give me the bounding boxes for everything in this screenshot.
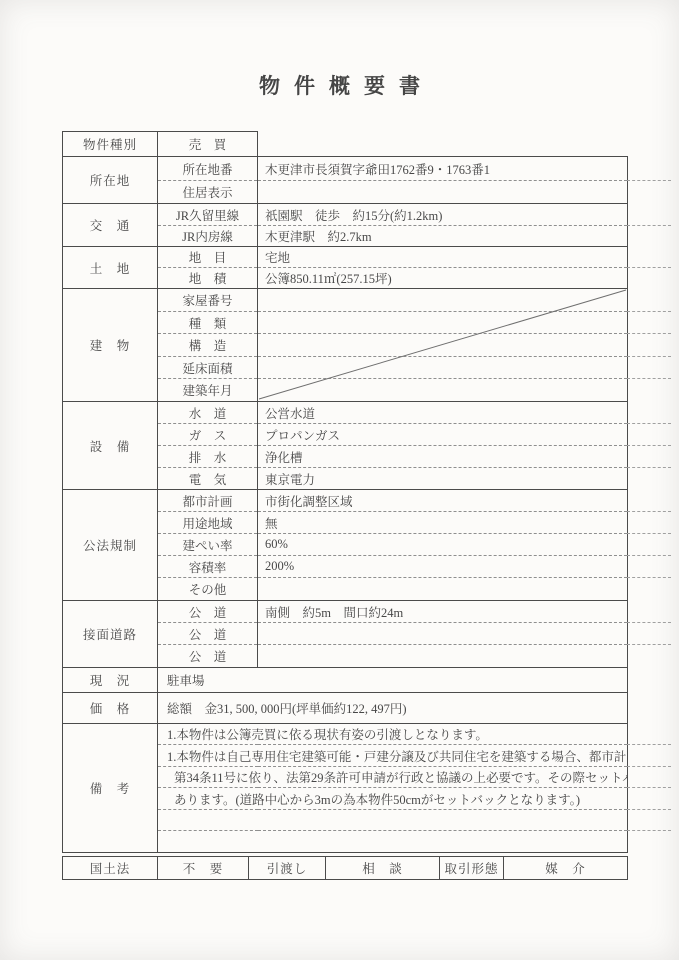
- sub-label-cell: 容積率: [158, 556, 258, 578]
- footer-table: 国土法 不 要 引渡し 相 談 取引形態 媒 介: [62, 856, 628, 880]
- sub-label-cell: 所在地番: [158, 157, 258, 181]
- sub-label-cell: 地 積: [158, 268, 258, 289]
- group-label-cell: 土 地: [63, 247, 158, 289]
- dashed-line-overrun: [627, 830, 671, 831]
- dashed-line-overrun: [627, 311, 671, 312]
- group-label-cell: 建 物: [63, 289, 158, 402]
- dashed-line-overrun: [627, 467, 671, 468]
- dashed-line-overrun: [627, 744, 671, 745]
- dashed-line-overrun: [627, 766, 671, 767]
- table-row: 土 地 地 目 宅地: [63, 247, 628, 268]
- value-cell: [258, 312, 628, 334]
- group-label-cell: 備 考: [63, 724, 158, 853]
- table-row: 交 通 JR久留里線 祇園駅 徒歩 約15分(約1.2km): [63, 204, 628, 226]
- dashed-line-overrun: [627, 378, 671, 379]
- value-cell: 木更津駅 約2.7km: [258, 226, 628, 247]
- sub-label-cell: 家屋番号: [158, 289, 258, 312]
- value-cell: [258, 623, 628, 645]
- dashed-line-overrun: [627, 333, 671, 334]
- sub-label-cell: 公 道: [158, 623, 258, 645]
- dashed-line-overrun: [627, 225, 671, 226]
- dashed-line-overrun: [627, 180, 671, 181]
- group-label-cell: 現 況: [63, 668, 158, 693]
- footer-cell-torihikikeitai: 取引形態: [440, 857, 504, 880]
- value-cell: 南側 約5m 間口約24m: [258, 601, 628, 623]
- value-cell: あります。(道路中心から3mの為本物件50cmがセットバックとなります。): [158, 788, 628, 810]
- dashed-line-overrun: [627, 445, 671, 446]
- sub-label-cell: 延床面積: [158, 357, 258, 379]
- value-cell: 駐車場: [158, 668, 628, 693]
- value-cell: 公簿850.11㎡(257.15坪): [258, 268, 628, 289]
- footer-cell-fuyo: 不 要: [158, 857, 249, 880]
- group-label-cell: 価 格: [63, 693, 158, 724]
- sub-label-cell: 種 類: [158, 312, 258, 334]
- dashed-line-overrun: [627, 787, 671, 788]
- group-label-cell: 設 備: [63, 402, 158, 490]
- sub-label-cell: 公 道: [158, 645, 258, 668]
- table-row: 物件種別 売 買: [63, 132, 628, 157]
- value-cell: 祇園駅 徒歩 約15分(約1.2km): [258, 204, 628, 226]
- dashed-line-overrun: [627, 809, 671, 810]
- footer-cell-sodan: 相 談: [326, 857, 440, 880]
- table-row: 現 況 駐車場: [63, 668, 628, 693]
- sub-label-cell: JR内房線: [158, 226, 258, 247]
- dashed-line-overrun: [627, 511, 671, 512]
- group-label-cell: 公法規制: [63, 490, 158, 601]
- value-cell: 木更津市長須賀字爺田1762番9・1763番1: [258, 157, 628, 181]
- group-label-cell: 物件種別: [63, 132, 158, 157]
- sub-label-cell: 公 道: [158, 601, 258, 623]
- footer-cell-hikiwatashi: 引渡し: [249, 857, 326, 880]
- dashed-line-overrun: [627, 356, 671, 357]
- value-cell: 宅地: [258, 247, 628, 268]
- sub-label-cell: 都市計画: [158, 490, 258, 512]
- table-row: 設 備 水 道 公営水道: [63, 402, 628, 424]
- sub-label-cell: 構 造: [158, 334, 258, 357]
- dashed-line-overrun: [627, 644, 671, 645]
- sub-label-cell: 地 目: [158, 247, 258, 268]
- value-cell: [258, 645, 628, 668]
- group-label-cell: 接面道路: [63, 601, 158, 668]
- value-cell: [258, 379, 628, 402]
- footer-cell-baikai: 媒 介: [504, 857, 628, 880]
- table-row: 備 考 1.本物件は公簿売買に依る現状有姿の引渡しとなります。: [63, 724, 628, 745]
- dashed-line-overrun: [627, 577, 671, 578]
- value-cell: 公営水道: [258, 402, 628, 424]
- value-cell: [258, 181, 628, 204]
- table-row: 所在地 所在地番 木更津市長須賀字爺田1762番9・1763番1: [63, 157, 628, 181]
- value-cell: [158, 810, 628, 831]
- sub-label-cell: その他: [158, 578, 258, 601]
- table-row: 価 格 総額 金31, 500, 000円(坪単価約122, 497円): [63, 693, 628, 724]
- value-cell: [158, 831, 628, 853]
- sub-label-cell: JR久留里線: [158, 204, 258, 226]
- sub-label-cell: 建築年月: [158, 379, 258, 402]
- value-cell: 東京電力: [258, 468, 628, 490]
- table-row: 国土法 不 要 引渡し 相 談 取引形態 媒 介: [63, 857, 628, 880]
- value-cell: 第34条11号に依り、法第29条許可申請が行政と協議の上必要です。その際セットバ…: [158, 767, 628, 788]
- dashed-line-overrun: [627, 267, 671, 268]
- value-cell: 1.本物件は公簿売買に依る現状有姿の引渡しとなります。: [158, 724, 628, 745]
- empty-area: [258, 132, 628, 157]
- table-row: 公法規制 都市計画 市街化調整区域: [63, 490, 628, 512]
- sub-label-cell: 建ぺい率: [158, 534, 258, 556]
- table-row: 接面道路 公 道 南側 約5m 間口約24m: [63, 601, 628, 623]
- value-cell: 60%: [258, 534, 628, 556]
- value-cell: 無: [258, 512, 628, 534]
- dashed-line-overrun: [627, 622, 671, 623]
- value-cell: 総額 金31, 500, 000円(坪単価約122, 497円): [158, 693, 628, 724]
- group-label-cell: 所在地: [63, 157, 158, 204]
- value-cell: [258, 289, 628, 312]
- dashed-line-overrun: [627, 555, 671, 556]
- value-cell: [258, 357, 628, 379]
- sub-label-cell: ガ ス: [158, 424, 258, 446]
- value-cell: 200%: [258, 556, 628, 578]
- property-summary-table: 物件種別 売 買 所在地 所在地番 木更津市長須賀字爺田1762番9・1763番…: [62, 131, 628, 853]
- table-row: 建 物 家屋番号: [63, 289, 628, 312]
- dashed-line-overrun: [627, 533, 671, 534]
- sub-label-cell: 用途地域: [158, 512, 258, 534]
- value-cell: [258, 334, 628, 357]
- sub-label-cell: 電 気: [158, 468, 258, 490]
- footer-cell-kokudoho: 国土法: [63, 857, 158, 880]
- value-cell: 市街化調整区域: [258, 490, 628, 512]
- value-cell: [258, 578, 628, 601]
- dashed-line-overrun: [627, 423, 671, 424]
- value-cell: 浄化槽: [258, 446, 628, 468]
- value-cell: プロパンガス: [258, 424, 628, 446]
- sub-label-cell: 売 買: [158, 132, 258, 157]
- sub-label-cell: 水 道: [158, 402, 258, 424]
- page-title: 物件概要書: [0, 70, 679, 100]
- sub-label-cell: 排 水: [158, 446, 258, 468]
- value-cell: 1.本物件は自己専用住宅建築可能・戸建分譲及び共同住宅を建築する場合、都市計画法: [158, 745, 628, 767]
- group-label-cell: 交 通: [63, 204, 158, 247]
- sub-label-cell: 住居表示: [158, 181, 258, 204]
